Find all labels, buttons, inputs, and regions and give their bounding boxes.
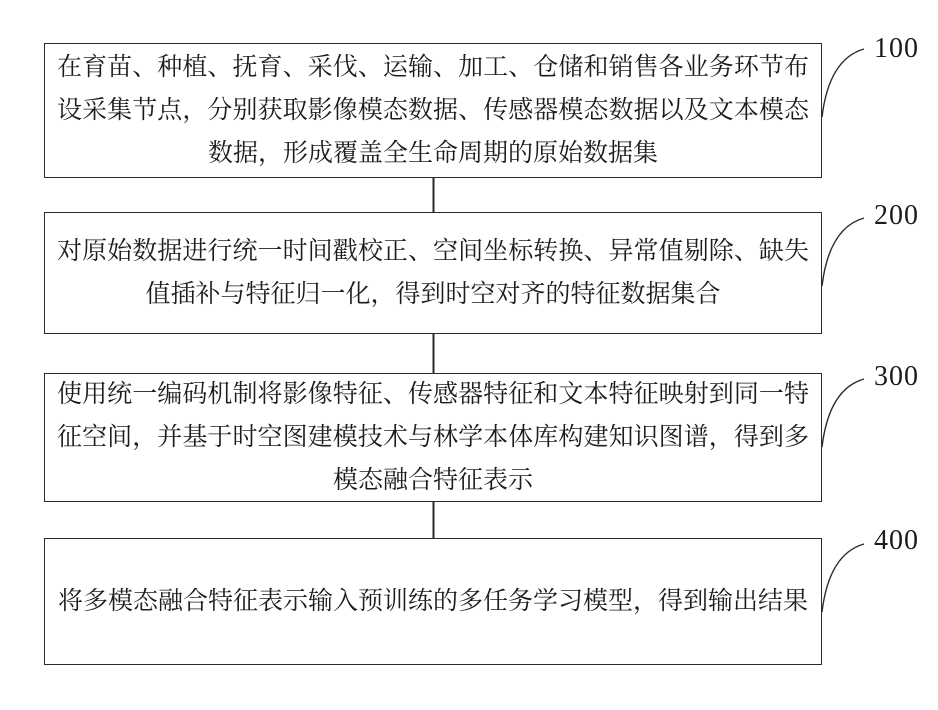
flowchart-figure: 在育苗、种植、抚育、采伐、运输、加工、仓储和销售各业务环节布设采集节点，分别获取…	[0, 0, 938, 710]
ref-leader-line-400	[822, 544, 864, 612]
flow-step-text-1: 在育苗、种植、抚育、采伐、运输、加工、仓储和销售各业务环节布设采集节点，分别获取…	[45, 46, 821, 175]
ref-label-300: 300	[874, 361, 934, 393]
flow-step-box-3: 使用统一编码机制将影像特征、传感器特征和文本特征映射到同一特征空间，并基于时空图…	[44, 373, 822, 502]
ref-label-200: 200	[874, 200, 934, 232]
ref-leader-line-200	[822, 218, 864, 286]
flow-step-text-4: 将多模态融合特征表示输入预训练的多任务学习模型，得到输出结果	[45, 580, 821, 623]
ref-label-100: 100	[874, 33, 934, 65]
flow-step-box-1: 在育苗、种植、抚育、采伐、运输、加工、仓储和销售各业务环节布设采集节点，分别获取…	[44, 43, 822, 178]
flow-step-text-3: 使用统一编码机制将影像特征、传感器特征和文本特征映射到同一特征空间，并基于时空图…	[45, 373, 821, 502]
ref-leader-line-300	[822, 379, 864, 447]
ref-leader-line-100	[822, 49, 864, 117]
flow-step-box-4: 将多模态融合特征表示输入预训练的多任务学习模型，得到输出结果	[44, 538, 822, 665]
ref-label-400: 400	[874, 525, 934, 557]
flow-step-box-2: 对原始数据进行统一时间戳校正、空间坐标转换、异常值剔除、缺失值插补与特征归一化，…	[44, 212, 822, 334]
flow-step-text-2: 对原始数据进行统一时间戳校正、空间坐标转换、异常值剔除、缺失值插补与特征归一化，…	[45, 230, 821, 316]
